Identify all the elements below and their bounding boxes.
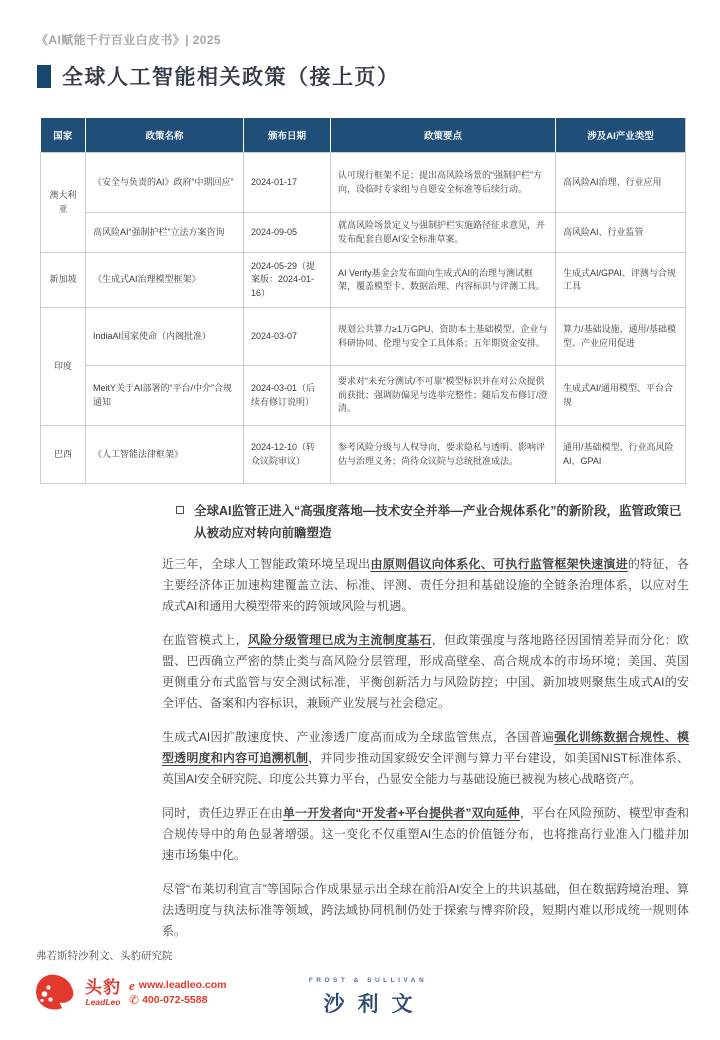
paragraph-text: 同时，责任边界正在由 [162,806,283,820]
table-row: 巴西 《人工智能法律框架》 2024-12-10（转众议院审议） 参考风险分级与… [41,426,686,484]
leadleo-brand-en: LeadLeo [85,997,121,1007]
policy-cell: MeitY关于AI部署的“平台/中介”合规通知 [86,366,244,426]
paragraph-text: 近三年，全球人工智能政策环境呈现出 [162,557,370,571]
frost-sullivan-en: FROST & SULLIVAN [293,977,443,984]
col-header-industry: 涉及AI产业类型 [556,118,686,153]
date-cell: 2024-03-07 [244,308,331,366]
paragraph: 尽管“布莱切利宣言”等国际合作成果显示出全球在前沿AI安全上的共识基础，但在数据… [162,879,689,942]
points-cell: 要求对“未充分测试/不可靠”模型标识并在对公众提供前获批；强调防偏见与选举完整性… [331,366,556,426]
date-cell: 2024-01-17 [244,153,331,213]
policy-cell: 《安全与负责的AI》政府“中期回应” [86,153,244,213]
points-cell: 认可现行框架不足；提出高风险场景的“强制护栏”方向，设临时专家组与自愿安全标准等… [331,153,556,213]
body-text-block: 全球AI监管正进入“高强度落地—技术安全并举—产业合规体系化”的新阶段，监管政策… [162,500,689,955]
industry-cell: 高风险AI治理、行业应用 [556,153,686,213]
table-row: 印度 IndiaAI国家使命（内阁批准） 2024-03-07 规划公共算力≥1… [41,308,686,366]
paragraph-text: 生成式AI因扩散速度快、产业渗透广度高而成为全球监管焦点，各国普遍 [162,730,554,744]
source-attribution: 弗若斯特沙利文、头豹研究院 [36,948,173,963]
industry-cell: 算力/基础设施、通用/基础模型、产业应用促进 [556,308,686,366]
col-header-policy: 政策名称 [86,118,244,153]
title-accent-square [37,65,51,88]
industry-cell: 生成式AI/通用模型、平台合规 [556,366,686,426]
square-bullet-icon [176,506,184,514]
paragraph: 近三年，全球人工智能政策环境呈现出由原则倡议向体系化、可执行监管框架快速演进的特… [162,554,689,617]
paragraph-text: 在监管模式上， [162,633,248,647]
web-e-icon: e [129,978,135,993]
table-header-row: 国家 政策名称 颁布日期 政策要点 涉及AI产业类型 [41,118,686,153]
key-finding-text: 全球AI监管正进入“高强度落地—技术安全并举—产业合规体系化”的新阶段，监管政策… [194,500,689,544]
leopard-logo-icon [33,972,81,1014]
points-cell: 就高风险场景定义与强制护栏实施路径征求意见，并发布配套自愿AI安全标准草案。 [331,213,556,253]
frost-sullivan-cn: 沙利文 [293,988,443,1018]
emphasized-text: 风险分级管理已成为主流制度基石 [248,633,432,647]
leadleo-brand-cn: 头豹 [85,979,121,997]
table-row: 新加坡 《生成式AI治理模型框架》 2024-05-29（提案版：2024-01… [41,253,686,308]
points-cell: AI Verify基金会发布面向生成式AI的治理与测试框架，覆盖模型卡、数据治理… [331,253,556,308]
country-cell: 澳大利亚 [41,153,86,253]
col-header-date: 颁布日期 [244,118,331,153]
emphasized-text: 由原则倡议向体系化、可执行监管框架快速演进 [370,557,627,571]
industry-cell: 通用/基础模型、行业高风险AI、GPAI [556,426,686,484]
date-cell: 2024-09-05 [244,213,331,253]
page-title: 全球人工智能相关政策（接上页） [62,61,400,91]
date-cell: 2024-03-01（后续有修订说明） [244,366,331,426]
website-url: www.leadleo.com [139,978,227,993]
paragraph: 生成式AI因扩散速度快、产业渗透广度高而成为全球监管焦点，各国普遍强化训练数据合… [162,727,689,790]
date-cell: 2024-12-10（转众议院审议） [244,426,331,484]
col-header-country: 国家 [41,118,86,153]
country-cell: 印度 [41,308,86,426]
table-row: MeitY关于AI部署的“平台/中介”合规通知 2024-03-01（后续有修订… [41,366,686,426]
paragraph: 同时，责任边界正在由单一开发者向“开发者+平台提供者”双向延伸，平台在风险预防、… [162,803,689,866]
country-cell: 巴西 [41,426,86,484]
policy-cell: 《生成式AI治理模型框架》 [86,253,244,308]
policy-cell: IndiaAI国家使命（内阁批准） [86,308,244,366]
policy-cell: 高风险AI“强制护栏”立法方案咨询 [86,213,244,253]
paragraph-text: 尽管“布莱切利宣言”等国际合作成果显示出全球在前沿AI安全上的共识基础，但在数据… [162,882,689,938]
table-row: 澳大利亚 《安全与负责的AI》政府“中期回应” 2024-01-17 认可现行框… [41,153,686,213]
frost-sullivan-logo-block: FROST & SULLIVAN 沙利文 [293,977,443,1018]
section-title-row: 全球人工智能相关政策（接上页） [37,61,400,91]
points-cell: 参考风险分级与人权导向，要求隐私与透明、影响评估与治理义务；尚待众议院与总统批准… [331,426,556,484]
points-cell: 规划公共算力≥1万GPU、资助本土基础模型、企业与科研协同、伦理与安全工具体系；… [331,308,556,366]
whitepaper-page: 《AI赋能千行百业白皮书》| 2025 全球人工智能相关政策（接上页） 国家 政… [0,0,720,1040]
phone-number: 400-072-5588 [142,993,207,1008]
emphasized-text: 单一开发者向“开发者+平台提供者”双向延伸 [283,806,520,820]
industry-cell: 生成式AI/GPAI、评测与合规工具 [556,253,686,308]
col-header-points: 政策要点 [331,118,556,153]
leadleo-brand: 头豹 LeadLeo [85,979,121,1007]
leadleo-logo-block: 头豹 LeadLeo e www.leadleo.com ✆ 400-072-5… [33,972,227,1014]
policy-cell: 《人工智能法律框架》 [86,426,244,484]
industry-cell: 高风险AI、行业监管 [556,213,686,253]
table-row: 高风险AI“强制护栏”立法方案咨询 2024-09-05 就高风险场景定义与强制… [41,213,686,253]
country-cell: 新加坡 [41,253,86,308]
paragraph: 在监管模式上，风险分级管理已成为主流制度基石，但政策强度与落地路径因国情差异而分… [162,630,689,714]
key-finding-heading: 全球AI监管正进入“高强度落地—技术安全并举—产业合规体系化”的新阶段，监管政策… [162,500,689,544]
date-cell: 2024-05-29（提案版：2024-01-16） [244,253,331,308]
phone-icon: ✆ [129,993,139,1008]
policy-table: 国家 政策名称 颁布日期 政策要点 涉及AI产业类型 澳大利亚 《安全与负责的A… [40,118,686,484]
leadleo-contact: e www.leadleo.com ✆ 400-072-5588 [129,978,227,1008]
document-header: 《AI赋能千行百业白皮书》| 2025 [36,31,221,48]
